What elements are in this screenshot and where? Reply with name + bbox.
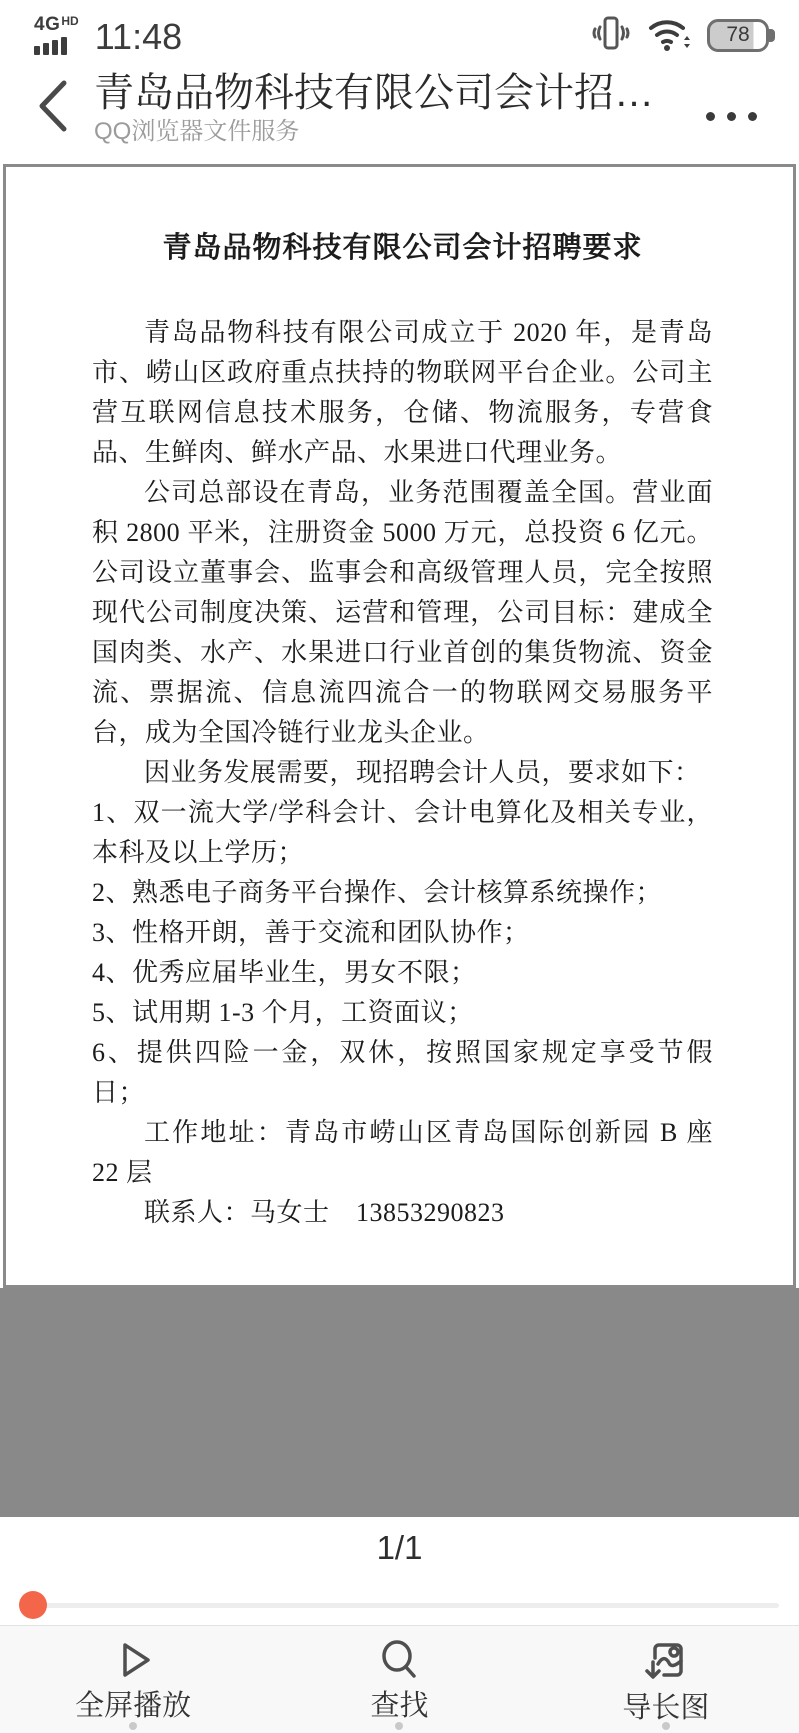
- viewer-backdrop: [0, 1288, 799, 1517]
- requirement-item: 1、双一流大学/学科会计、会计电算化及相关专业，本科及以上学历；: [92, 793, 713, 873]
- wifi-icon: [646, 13, 692, 58]
- tool-dot: [662, 1722, 670, 1730]
- file-viewer-header: 青岛品物科技有限公司会计招… QQ浏览器文件服务: [0, 62, 799, 154]
- page-indicator: 1/1: [0, 1517, 799, 1567]
- fullscreen-play-button[interactable]: 全屏播放: [0, 1626, 266, 1733]
- tool-dot: [129, 1722, 137, 1730]
- clock-label: 11:48: [95, 19, 182, 55]
- status-bar: 4G HD 11:48: [0, 0, 799, 62]
- page-slider[interactable]: [0, 1589, 799, 1623]
- slider-track[interactable]: [20, 1603, 779, 1608]
- fullscreen-play-label: 全屏播放: [75, 1690, 191, 1722]
- requirement-item: 2、熟悉电子商务平台操作、会计核算系统操作；: [92, 873, 713, 913]
- tool-dot: [395, 1722, 403, 1730]
- slider-thumb[interactable]: [19, 1591, 47, 1619]
- document-paragraph: 因业务发展需要，现招聘会计人员，要求如下：: [92, 753, 713, 793]
- requirement-item: 3、性格开朗，善于交流和团队协作；: [92, 913, 713, 953]
- document-page: 青岛品物科技有限公司会计招聘要求 青岛品物科技有限公司成立于 2020 年，是青…: [3, 164, 796, 1288]
- document-title: 青岛品物科技有限公司会计招聘要求: [92, 225, 713, 266]
- cell-signal-icon: 4G HD: [34, 15, 79, 55]
- back-button[interactable]: [32, 77, 78, 139]
- more-dots-icon: [706, 112, 715, 121]
- find-button[interactable]: 查找: [266, 1626, 532, 1733]
- chevron-left-icon: [32, 75, 74, 142]
- document-viewer[interactable]: 青岛品物科技有限公司会计招聘要求 青岛品物科技有限公司成立于 2020 年，是青…: [0, 154, 799, 1517]
- find-label: 查找: [370, 1690, 428, 1722]
- document-paragraph: 青岛品物科技有限公司成立于 2020 年，是青岛市、崂山区政府重点扶持的物联网平…: [92, 313, 713, 473]
- export-long-image-button[interactable]: 导长图: [533, 1626, 799, 1733]
- phone-screen: 4G HD 11:48: [0, 0, 799, 1733]
- search-icon: [375, 1636, 423, 1684]
- battery-level-label: 78: [726, 23, 749, 47]
- page-title: 青岛品物科技有限公司会计招…: [94, 70, 690, 116]
- page-subtitle: QQ浏览器文件服务: [94, 118, 690, 146]
- network-type-label: 4G: [34, 15, 60, 34]
- header-titles: 青岛品物科技有限公司会计招… QQ浏览器文件服务: [94, 70, 690, 146]
- requirement-item: 6、提供四险一金，双休，按照国家规定享受节假日；: [92, 1033, 713, 1113]
- battery-indicator: 78: [707, 19, 769, 52]
- requirement-item: 5、试用期 1-3 个月，工资面议；: [92, 993, 713, 1033]
- play-icon: [109, 1636, 157, 1684]
- toolbar: 全屏播放 查找: [0, 1625, 799, 1733]
- vibrate-icon: [591, 13, 631, 58]
- long-image-icon: [641, 1636, 691, 1686]
- bottom-bar: 1/1 全屏播放: [0, 1517, 799, 1733]
- contact-line: 联系人：马女士 13853290823: [92, 1193, 713, 1233]
- hd-badge: HD: [61, 15, 78, 27]
- signal-bars-icon: [34, 37, 67, 55]
- requirement-item: 4、优秀应届毕业生，男女不限；: [92, 953, 713, 993]
- work-address-line: 工作地址：青岛市崂山区青岛国际创新园 B 座 22 层: [92, 1113, 713, 1193]
- more-menu-button[interactable]: [690, 92, 799, 125]
- export-long-image-label: 导长图: [622, 1692, 709, 1724]
- document-paragraph: 公司总部设在青岛，业务范围覆盖全国。营业面积 2800 平米，注册资金 5000…: [92, 473, 713, 753]
